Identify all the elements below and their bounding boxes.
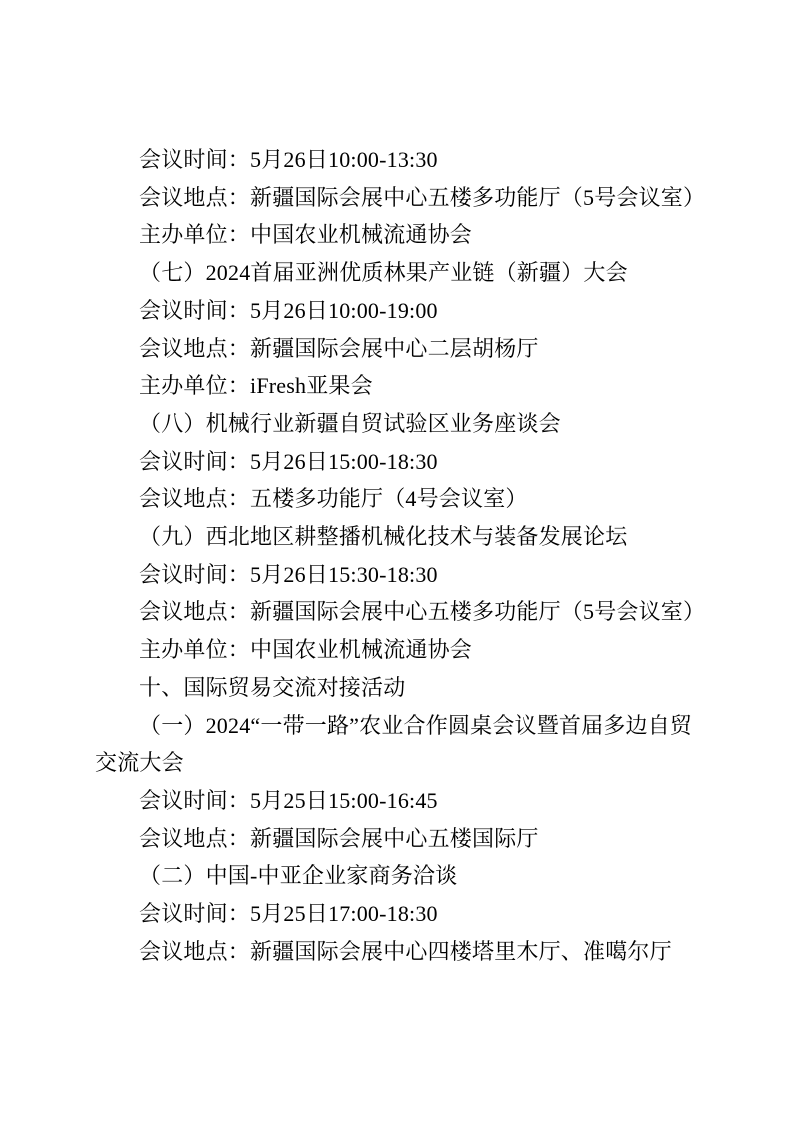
meeting-venue-line: 会议地点：新疆国际会展中心四楼塔里木厅、准噶尔厅 [95, 933, 712, 971]
organizer-line: 主办单位：中国农业机械流通协会 [95, 631, 712, 669]
meeting-venue-line: 会议地点：五楼多功能厅（4号会议室） [95, 480, 712, 518]
meeting-time-line: 会议时间：5月26日10:00-19:00 [95, 292, 712, 330]
meeting-time-line: 会议时间：5月26日15:30-18:30 [95, 556, 712, 594]
meeting-venue-line: 会议地点：新疆国际会展中心五楼国际厅 [95, 820, 712, 858]
event-title-line: （七）2024首届亚洲优质林果产业链（新疆）大会 [95, 254, 712, 292]
event-title-line: （二）中国-中亚企业家商务洽谈 [95, 857, 712, 895]
event-title-continuation-line: 交流大会 [95, 744, 712, 782]
event-title-line: （九）西北地区耕整播机械化技术与装备发展论坛 [95, 518, 712, 556]
meeting-venue-line: 会议地点：新疆国际会展中心五楼多功能厅（5号会议室） [95, 179, 712, 217]
document-page: 会议时间：5月26日10:00-13:30 会议地点：新疆国际会展中心五楼多功能… [0, 0, 800, 1132]
section-heading-line: 十、国际贸易交流对接活动 [95, 669, 712, 707]
organizer-line: 主办单位：iFresh亚果会 [95, 367, 712, 405]
event-title-line: （八）机械行业新疆自贸试验区业务座谈会 [95, 405, 712, 443]
meeting-venue-line: 会议地点：新疆国际会展中心二层胡杨厅 [95, 330, 712, 368]
meeting-time-line: 会议时间：5月25日17:00-18:30 [95, 895, 712, 933]
meeting-time-line: 会议时间：5月25日15:00-16:45 [95, 782, 712, 820]
organizer-line: 主办单位：中国农业机械流通协会 [95, 216, 712, 254]
event-title-line: （一）2024“一带一路”农业合作圆桌会议暨首届多边自贸 [95, 707, 712, 745]
meeting-time-line: 会议时间：5月26日15:00-18:30 [95, 443, 712, 481]
meeting-venue-line: 会议地点：新疆国际会展中心五楼多功能厅（5号会议室） [95, 593, 712, 631]
meeting-time-line: 会议时间：5月26日10:00-13:30 [95, 141, 712, 179]
